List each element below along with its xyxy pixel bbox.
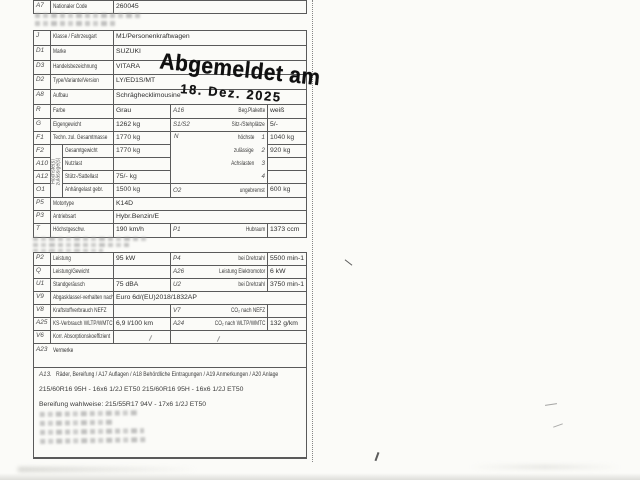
axle-line-3: Achslasten3: [171, 158, 267, 171]
field-value: [114, 331, 171, 343]
row-p5: P5 Motortype K14D: [34, 198, 306, 211]
field-sub: P4bei Drehzahl: [171, 253, 268, 265]
field-value2: 132 g/km: [268, 318, 306, 330]
field-sub: U2bei Drehzahl: [171, 279, 268, 291]
row-p2: P2 Leistung 95 kW P4bei Drehzahl 5500 mi…: [34, 253, 306, 266]
axle-value-3: [268, 158, 306, 171]
field-value2: 600 kg: [268, 184, 306, 198]
field-label: Anhängelast gebr.: [63, 184, 114, 198]
row-r: R Farbe Grau A16Beg.Plakette weiß: [34, 105, 306, 119]
field-value: 190 km/h: [114, 224, 171, 237]
pen-mark: [375, 452, 379, 461]
field-code: Q: [34, 266, 51, 278]
row-a7: A7 Nationaler Code 260045: [34, 1, 306, 13]
field-sub: O2ungebremst: [171, 184, 268, 198]
field-label: Leistung: [51, 253, 114, 265]
faded-stamp-top: [35, 13, 147, 26]
field-sub: A16Beg.Plakette: [171, 105, 268, 118]
pen-mark: [545, 403, 557, 406]
field-value: M1/Personenkraftwagen: [114, 31, 306, 45]
field-code: P5: [34, 198, 51, 210]
field-value2: 5/-: [268, 119, 306, 131]
field-value: Euro 6d/(EU)2018/1832AP: [114, 292, 306, 304]
row-a25: A25 KS-Verbrauch WLTP/WMTC 6,9 l/100 km …: [34, 318, 306, 331]
field-value2: weiß: [268, 105, 306, 118]
tyres-line-1: 215/60R16 95H - 16x6 1/2J ET50 215/60R16…: [37, 384, 245, 396]
field-label: KS-Verbrauch WLTP/WMTC: [51, 318, 114, 330]
field-value: 75/- kg: [114, 171, 171, 184]
field-label: Motortype: [51, 198, 114, 210]
field-value: 6,9 l/100 km: [114, 318, 171, 330]
field-label: Nutzlast: [63, 158, 114, 171]
field-code: A12: [34, 171, 51, 184]
scan-edge-shadow: [0, 473, 640, 480]
field-code: A25: [34, 318, 51, 330]
field-sub: A26Leistung Elektromotor: [171, 266, 268, 278]
field-code: O1: [34, 184, 51, 198]
field-label: Techn. zul. Gesamtmasse: [51, 132, 114, 145]
field-code: G: [34, 119, 51, 131]
field-label: Kraftstoffverbrauch NEFZ: [51, 305, 114, 317]
field-code: P3: [34, 211, 51, 223]
field-value: K14D: [114, 198, 306, 210]
axle-load-cell: N höchste1 zulässige2 Achslasten3 4: [171, 132, 268, 184]
field-code: F2: [34, 145, 51, 158]
field-label: Höchstgeschw.: [51, 224, 114, 237]
field-label: Nationaler Code: [51, 1, 114, 13]
axle-line-4: 4: [171, 171, 267, 184]
field-value: 1500 kg: [114, 184, 171, 198]
field-value: [114, 305, 171, 317]
tyres-line-2: Bereifung wahlweise: 215/55R17 94V - 17x…: [37, 399, 208, 411]
field-label: Aufbau: [51, 90, 114, 104]
axle-value-2: 920 kg: [268, 145, 306, 158]
field-value: 95 kW: [114, 253, 171, 265]
field-code: J: [34, 31, 51, 45]
field-sub: S1/S2Sitz-/Stehplätze: [171, 119, 268, 131]
row-a13: A13. Räder, Bereifung / A17 Auflagen / A…: [34, 368, 306, 457]
row-g: G Eigengewicht 1262 kg S1/S2Sitz-/Stehpl…: [34, 119, 306, 132]
field-empty: [171, 331, 306, 343]
table-performance-data: P2 Leistung 95 kW P4bei Drehzahl 5500 mi…: [33, 252, 307, 459]
field-value2: 1373 ccm: [268, 224, 306, 237]
axle-value-4: [268, 171, 306, 184]
field-value: 1262 kg: [114, 119, 171, 131]
field-value: Hybr.Benzin/E: [114, 211, 306, 223]
field-value: 260045: [114, 1, 306, 13]
field-label: Standgeräusch: [51, 279, 114, 291]
scan-smudge: [18, 467, 198, 472]
field-code: T: [34, 224, 51, 237]
axle-line-2: zulässige2: [171, 145, 267, 158]
field-value: 1770 kg: [114, 145, 171, 158]
axle-value-1: 1040 kg: [268, 132, 306, 145]
axle-line-1: höchste1: [171, 132, 267, 145]
a13-header: A13. Räder, Bereifung / A17 Auflagen / A…: [37, 370, 336, 381]
rotated-group-label: Höchste(s)zulässige(s): [51, 145, 63, 198]
field-sub: V7CO₂ nach NEFZ: [171, 305, 268, 317]
field-label: Abgasklasse/-verhalten nach: [51, 292, 114, 304]
field-code: A23: [34, 344, 51, 367]
pen-mark: [345, 259, 353, 265]
row-a23: A23 Vermerke: [34, 344, 306, 368]
field-code: U1: [34, 279, 51, 291]
field-code: V6: [34, 331, 51, 343]
field-label: Eigengewicht: [51, 119, 114, 131]
field-label: Stütz-/Sattellast: [63, 171, 114, 184]
pen-mark: [553, 423, 563, 427]
row-p3: P3 Antriebsart Hybr.Benzin/E: [34, 211, 306, 224]
field-sub: A24CO₂ nach WLTP/WMTC: [171, 318, 268, 330]
row-v8: V8 Kraftstoffverbrauch NEFZ V7CO₂ nach N…: [34, 305, 306, 318]
field-label: Type/Variante/Version: [51, 75, 114, 89]
field-code: A10: [34, 158, 51, 171]
field-code: A7: [34, 1, 51, 13]
row-u1: U1 Standgeräusch 75 dBA U2bei Drehzahl 3…: [34, 279, 306, 292]
scan-smudge: [470, 465, 620, 469]
row-q: Q Leistung/Gewicht A26Leistung Elektromo…: [34, 266, 306, 279]
field-code: F1: [34, 132, 51, 145]
vehicle-registration-scan: A7 Nationaler Code 260045 J Klasse / Fah…: [0, 0, 640, 480]
field-code: D2: [34, 75, 51, 89]
field-value: Grau: [114, 105, 171, 118]
field-value2: 6 kW: [268, 266, 306, 278]
row-v6: V6 Korr. Absorptionskoeffizient: [34, 331, 306, 344]
table-national-code: A7 Nationaler Code 260045: [33, 0, 307, 14]
field-code: R: [34, 105, 51, 118]
field-sub: P1Hubraum: [171, 224, 268, 237]
field-code: A8: [34, 90, 51, 104]
faded-stamp-bottom: [40, 410, 153, 444]
field-label: Vermerke: [51, 344, 306, 367]
row-v9: V9 Abgasklasse/-verhalten nach Euro 6d/(…: [34, 292, 306, 305]
row-j: J Klasse / Fahrzeugart M1/Personenkraftw…: [34, 31, 306, 46]
field-label: Klasse / Fahrzeugart: [51, 31, 114, 45]
field-label: Gesamtgewicht: [63, 145, 114, 158]
field-code: P2: [34, 253, 51, 265]
field-value2: 3750 min-1: [268, 279, 306, 291]
field-value: 75 dBA: [114, 279, 171, 291]
field-label: Antriebsart: [51, 211, 114, 223]
row-t: T Höchstgeschw. 190 km/h P1Hubraum 1373 …: [34, 224, 306, 237]
field-code: V9: [34, 292, 51, 304]
field-label: Korr. Absorptionskoeffizient: [51, 331, 114, 343]
field-value2: 5500 min-1: [268, 253, 306, 265]
field-value2: [268, 305, 306, 317]
faded-stamp-middle: [33, 237, 151, 252]
field-label: Marke: [51, 46, 114, 60]
field-value: [114, 158, 171, 171]
field-value: [114, 266, 171, 278]
field-code: V8: [34, 305, 51, 317]
field-label: Farbe: [51, 105, 114, 118]
field-code: D1: [34, 46, 51, 60]
field-label: Leistung/Gewicht: [51, 266, 114, 278]
mass-axle-section: F1 Techn. zul. Gesamtmasse 1770 kg Höchs…: [34, 132, 306, 198]
field-label: Handelsbezeichnung: [51, 61, 114, 74]
field-value: 1770 kg: [114, 132, 171, 145]
field-code: D3: [34, 61, 51, 74]
